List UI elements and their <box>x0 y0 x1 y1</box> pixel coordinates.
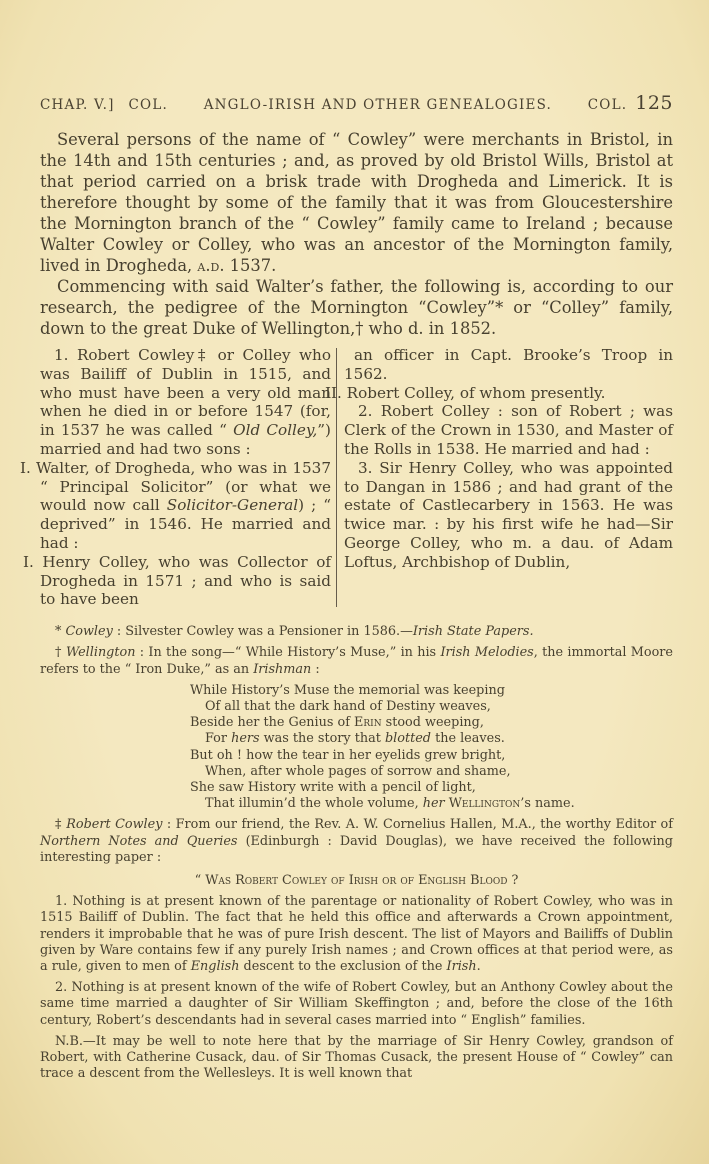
footnotes-section: * Cowley : Silvester Cowley was a Pensio… <box>40 624 673 1082</box>
chapter-label: CHAP. V.]COL. <box>40 97 168 113</box>
pedigree-entry-robert-1: 1. Robert Cowley‡ or Colley who was Bail… <box>40 346 331 459</box>
footnote-point-1: 1. Nothing is at present known of the pa… <box>40 894 673 975</box>
pedigree-entry-henry: I. Henry Colley, who was Collector of Dr… <box>40 553 331 609</box>
footnote-double-dagger: ‡ Robert Cowley : From our friend, the R… <box>40 817 673 866</box>
page-title: ANGLO-IRISH AND OTHER GENEALOGIES. <box>204 97 552 113</box>
column-page-number: COL.125 <box>588 92 673 114</box>
intro-paragraph-1: Several persons of the name of “ Cowley”… <box>40 129 673 276</box>
pedigree-left-column: 1. Robert Cowley‡ or Colley who was Bail… <box>40 346 331 609</box>
footnote-nota-bene: N.B.—It may be well to note here that by… <box>40 1034 673 1083</box>
page-number: 125 <box>635 92 673 114</box>
book-page-scan: CHAP. V.]COL. ANGLO-IRISH AND OTHER GENE… <box>0 0 709 1164</box>
footnote-point-2: 2. Nothing is at present known of the wi… <box>40 980 673 1029</box>
intro-section: Several persons of the name of “ Cowley”… <box>40 129 673 339</box>
footnote-question-heading: “ Was Robert Cowley of Irish or of Engli… <box>40 873 673 889</box>
poem-line: While History’s Muse the memorial was ke… <box>190 683 673 699</box>
poem-line: Of all that the dark hand of Destiny wea… <box>205 699 673 715</box>
poem-quotation: While History’s Muse the memorial was ke… <box>190 683 673 813</box>
pedigree-entry-walter: I. Walter, of Drogheda, who was in 1537 … <box>40 459 331 553</box>
page-content: CHAP. V.]COL. ANGLO-IRISH AND OTHER GENE… <box>40 92 673 1082</box>
pedigree-entry-robert-ii: II. Robert Colley, of whom presently. <box>344 384 673 403</box>
pedigree-entry-sir-henry-3: 3. Sir Henry Colley, who was appointed t… <box>344 459 673 572</box>
footnote-star: * Cowley : Silvester Cowley was a Pensio… <box>40 624 673 640</box>
intro-paragraph-2: Commencing with said Walter’s father, th… <box>40 276 673 339</box>
poem-line: For hers was the story that blotted the … <box>205 731 673 747</box>
poem-line: When, after whole pages of sorrow and sh… <box>205 764 673 780</box>
running-header: CHAP. V.]COL. ANGLO-IRISH AND OTHER GENE… <box>40 92 673 114</box>
poem-line: But oh ! how the tear in her eyelids gre… <box>190 748 673 764</box>
poem-line: Beside her the Genius of Erin stood weep… <box>190 715 673 731</box>
poem-line: She saw History write with a pencil of l… <box>190 780 673 796</box>
pedigree-columns: 1. Robert Cowley‡ or Colley who was Bail… <box>40 346 673 609</box>
pedigree-right-column: an officer in Capt. Brooke’s Troop in 15… <box>344 346 673 609</box>
pedigree-entry-robert-2: 2. Robert Colley : son of Robert ; was C… <box>344 402 673 458</box>
pedigree-entry-henry-continued: an officer in Capt. Brooke’s Troop in 15… <box>344 346 673 384</box>
footnote-dagger: † Wellington : In the song—“ While Histo… <box>40 645 673 677</box>
poem-line: That illumin’d the whole volume, her Wel… <box>205 796 673 812</box>
